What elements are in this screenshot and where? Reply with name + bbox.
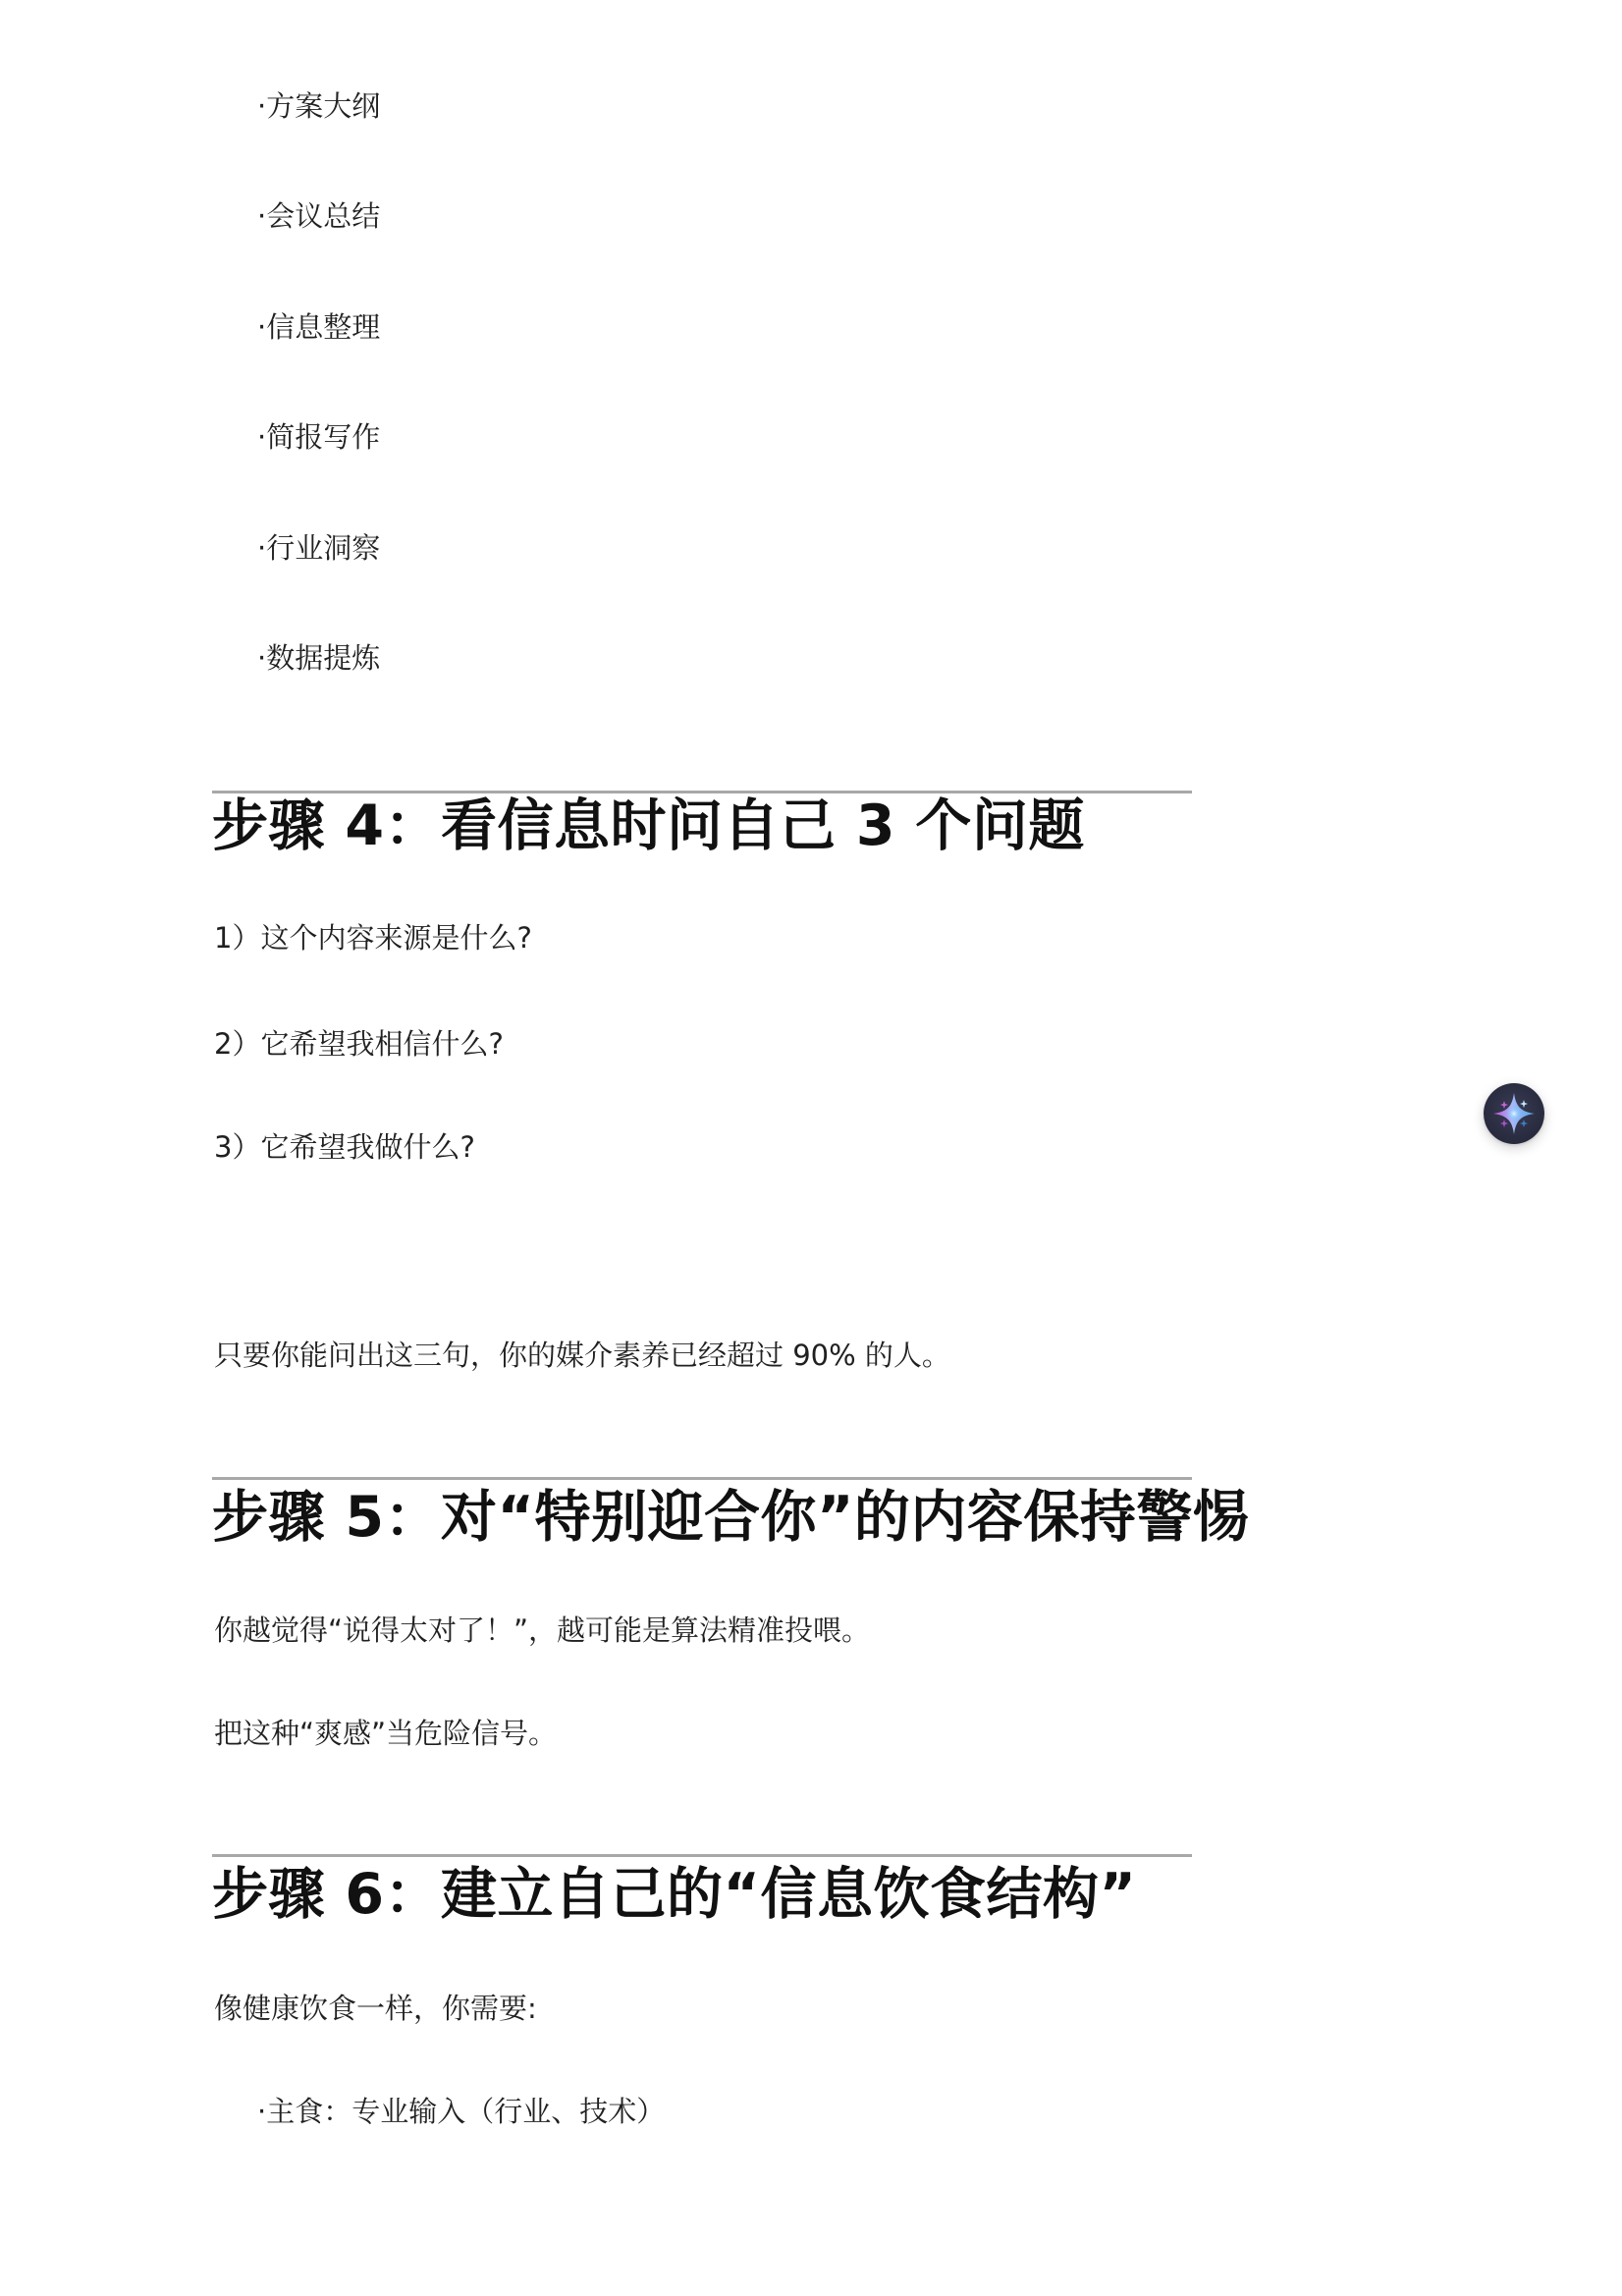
list-item: ·数据提炼 (257, 638, 380, 678)
list-item: ·方案大纲 (257, 86, 380, 126)
step-5-paragraph: 把这种“爽感”当危险信号。 (214, 1714, 557, 1753)
ai-sparkle-icon (1489, 1089, 1539, 1138)
step-4-conclusion: 只要你能问出这三句，你的媒介素养已经超过 90% 的人。 (214, 1336, 950, 1375)
step-6-heading: 步骤 6：建立自己的“信息饮食结构” (212, 1860, 1136, 1929)
list-item: ·主食：专业输入（行业、技术） (257, 2092, 665, 2131)
step-5-heading: 步骤 5：对“特别迎合你”的内容保持警惕 (212, 1483, 1249, 1552)
section-divider (212, 1477, 1192, 1480)
ai-assistant-button[interactable] (1484, 1083, 1544, 1144)
step-6-intro: 像健康饮食一样，你需要: (214, 1989, 537, 2028)
list-item: ·会议总结 (257, 196, 380, 236)
step-5-paragraph: 你越觉得“说得太对了！”，越可能是算法精准投喂。 (214, 1611, 870, 1650)
list-item: ·简报写作 (257, 417, 380, 457)
question-item: 3）它希望我做什么? (214, 1127, 475, 1167)
step-4-heading: 步骤 4：看信息时问自己 3 个问题 (212, 792, 1085, 860)
question-item: 2）它希望我相信什么? (214, 1024, 504, 1064)
question-item: 1）这个内容来源是什么? (214, 918, 532, 957)
section-divider (212, 1854, 1192, 1857)
list-item: ·行业洞察 (257, 528, 380, 568)
list-item: ·信息整理 (257, 307, 380, 347)
